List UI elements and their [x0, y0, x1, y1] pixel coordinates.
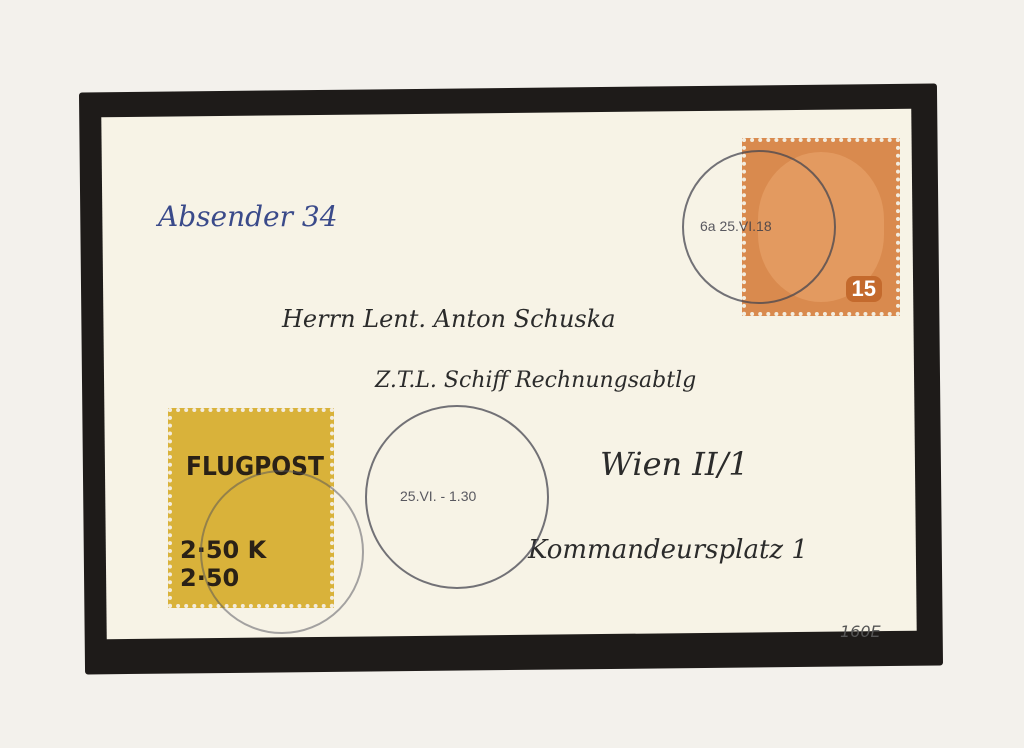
flugpost-cancel-date: 25.VI. - 1.30	[400, 488, 476, 504]
address-line-1: Herrn Lent. Anton Schuska	[282, 305, 616, 333]
krakau-cancel-date: 6a 25.VI.18	[700, 218, 772, 234]
flugpost-stamp-cancel	[200, 470, 364, 634]
manuscript-note: Absender 34	[158, 200, 338, 233]
address-line-2: Z.T.L. Schiff Rechnungsabtlg	[375, 368, 696, 393]
catalog-note: 160E	[840, 622, 881, 641]
stamp-value: 15	[846, 276, 882, 302]
address-line-4: Kommandeursplatz 1	[528, 535, 808, 565]
address-line-3: Wien II/1	[600, 445, 749, 483]
